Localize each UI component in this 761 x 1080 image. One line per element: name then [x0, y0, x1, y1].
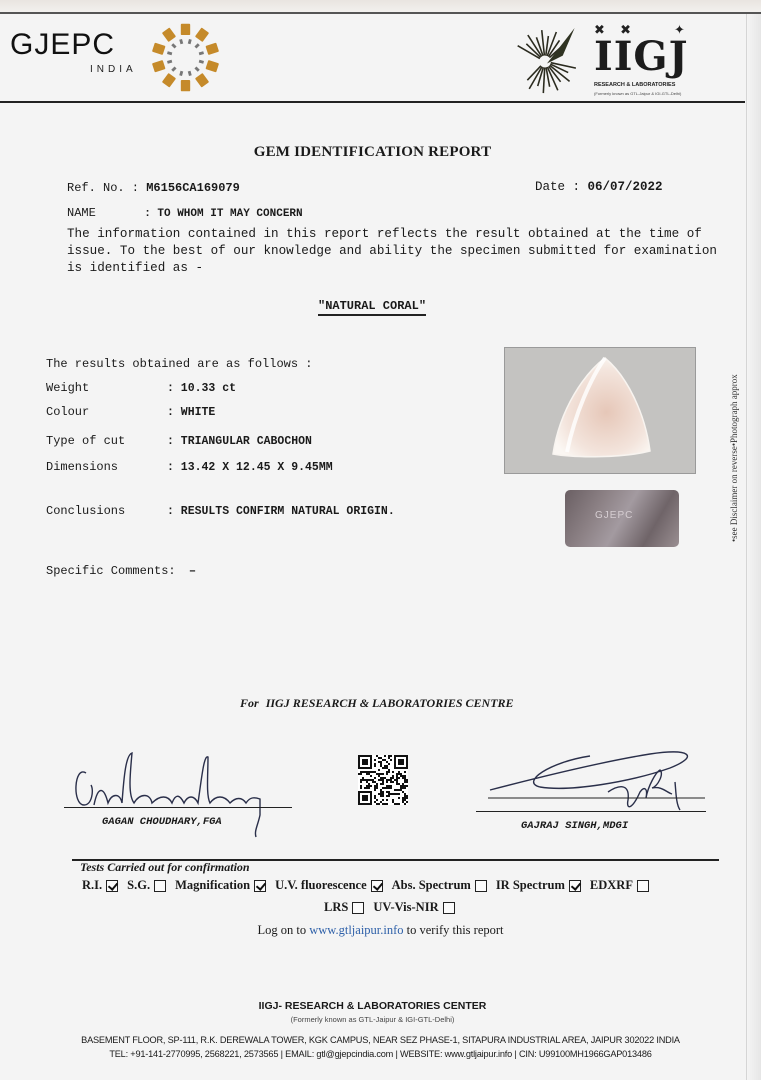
- test-label: R.I.: [82, 878, 102, 893]
- test-item: Abs. Spectrum: [392, 878, 487, 893]
- footer-address: BASEMENT FLOOR, SP-111, R.K. DEREWALA TO…: [0, 1035, 761, 1045]
- signature-line-right: [476, 811, 706, 812]
- comments-label: Specific Comments:: [46, 564, 176, 578]
- name-label: NAME: [67, 206, 137, 220]
- test-item: IR Spectrum: [496, 878, 581, 893]
- ref-row: Ref. No. : M6156CA169079: [67, 181, 240, 195]
- test-label: IR Spectrum: [496, 878, 565, 893]
- identification-result: "NATURAL CORAL": [318, 299, 426, 316]
- gjepc-logo: GJEPC INDIA: [10, 30, 115, 60]
- date-label: Date :: [535, 180, 580, 194]
- signatory-left-name: GAGAN CHOUDHARY,FGA: [102, 816, 222, 828]
- test-item: Magnification: [175, 878, 266, 893]
- qr-code-icon[interactable]: [358, 755, 408, 805]
- footer-contact: TEL: +91-141-2770995, 2568221, 2573565 |…: [0, 1049, 761, 1059]
- test-item: UV-Vis-NIR: [373, 900, 454, 915]
- result-label: Type of cut: [46, 434, 125, 448]
- checkbox-unchecked[interactable]: [637, 880, 649, 892]
- result-label: Dimensions: [46, 460, 118, 474]
- result-value: : WHITE: [167, 406, 215, 419]
- signature-line-left: [64, 807, 292, 808]
- verify-suffix: to verify this report: [407, 923, 504, 937]
- test-label: S.G.: [127, 878, 150, 893]
- result-label: Colour: [46, 405, 89, 419]
- gjepc-emblem-icon: [148, 20, 223, 95]
- iigj-wordmark: IIGJ: [594, 36, 689, 78]
- ref-value: M6156CA169079: [146, 181, 240, 195]
- result-label: Conclusions: [46, 504, 125, 518]
- tests-row-2: LRSUV-Vis-NIR: [324, 900, 464, 915]
- specimen-photo: [504, 347, 696, 474]
- footer-formerly: (Formerly known as GTL-Jaipur & IGI-GTL-…: [0, 1015, 745, 1024]
- test-label: U.V. fluorescence: [275, 878, 367, 893]
- checkbox-checked[interactable]: [569, 880, 581, 892]
- test-label: EDXRF: [590, 878, 633, 893]
- test-item: S.G.: [127, 878, 166, 893]
- photo-disclaimer: •see Disclaimer on reverse•Photograph ap…: [729, 356, 739, 561]
- hologram-text: GJEPC: [595, 510, 633, 521]
- intro-paragraph: The information contained in this report…: [67, 226, 737, 277]
- test-item: LRS: [324, 900, 364, 915]
- checkbox-unchecked[interactable]: [475, 880, 487, 892]
- footer-org: IIGJ- RESEARCH & LABORATORIES CENTER: [0, 1000, 745, 1012]
- test-label: Magnification: [175, 878, 250, 893]
- starburst-icon: [510, 24, 580, 99]
- paper-top-edge: [0, 0, 761, 12]
- hologram-sticker: GJEPC: [565, 490, 679, 547]
- iigj-formerly: (Formerly known as GTL-Jaipur & IGI-GTL-…: [594, 91, 681, 96]
- coral-cabochon-image: [505, 348, 696, 474]
- iigj-tagline: RESEARCH & LABORATORIES: [594, 82, 675, 88]
- gjepc-india: INDIA: [90, 64, 137, 75]
- for-org-line: For IIGJ RESEARCH & LABORATORIES CENTRE: [240, 696, 514, 711]
- iigj-logo: ✖ ✖ ✦ IIGJ RESEARCH & LABORATORIES (Form…: [508, 18, 728, 102]
- checkbox-checked[interactable]: [371, 880, 383, 892]
- test-item: U.V. fluorescence: [275, 878, 383, 893]
- results-heading: The results obtained are as follows :: [46, 357, 312, 371]
- verify-line: Log on to www.gtljaipur.info to verify t…: [0, 923, 761, 938]
- checkbox-unchecked[interactable]: [352, 902, 364, 914]
- gjepc-wordmark: GJEPC: [10, 30, 115, 60]
- signing-org: IIGJ RESEARCH & LABORATORIES CENTRE: [266, 696, 514, 710]
- report-title: GEM IDENTIFICATION REPORT: [0, 144, 745, 161]
- date-row: Date : 06/07/2022: [535, 180, 663, 194]
- test-item: EDXRF: [590, 878, 649, 893]
- name-value: : TO WHOM IT MAY CONCERN: [144, 208, 302, 220]
- checkbox-checked[interactable]: [254, 880, 266, 892]
- signature-right-icon: [480, 742, 710, 812]
- result-value: : RESULTS CONFIRM NATURAL ORIGIN.: [167, 505, 395, 518]
- test-label: UV-Vis-NIR: [373, 900, 438, 915]
- verify-link[interactable]: www.gtljaipur.info: [309, 923, 403, 937]
- result-label: Weight: [46, 381, 89, 395]
- paper-right-edge: [746, 14, 761, 1080]
- result-value: : 13.42 X 12.45 X 9.45MM: [167, 461, 333, 474]
- verify-prefix: Log on to: [257, 923, 306, 937]
- result-value: : TRIANGULAR CABOCHON: [167, 435, 312, 448]
- tests-row-1: R.I.S.G.MagnificationU.V. fluorescenceAb…: [82, 878, 658, 893]
- name-row: NAME : TO WHOM IT MAY CONCERN: [67, 206, 303, 220]
- date-value: 06/07/2022: [588, 180, 663, 194]
- test-label: LRS: [324, 900, 348, 915]
- header-rule: [0, 101, 745, 103]
- result-value: : 10.33 ct: [167, 382, 236, 395]
- comments-value: –: [189, 564, 196, 578]
- top-rule: [0, 12, 761, 14]
- checkbox-unchecked[interactable]: [154, 880, 166, 892]
- ref-label: Ref. No. :: [67, 181, 139, 195]
- checkbox-checked[interactable]: [106, 880, 118, 892]
- test-item: R.I.: [82, 878, 118, 893]
- test-label: Abs. Spectrum: [392, 878, 471, 893]
- for-prefix: For: [240, 696, 259, 710]
- comments-row: Specific Comments: –: [46, 564, 196, 578]
- signatory-right-name: GAJRAJ SINGH,MDGI: [521, 820, 628, 832]
- tests-title: Tests Carried out for confirmation: [80, 860, 250, 875]
- checkbox-unchecked[interactable]: [443, 902, 455, 914]
